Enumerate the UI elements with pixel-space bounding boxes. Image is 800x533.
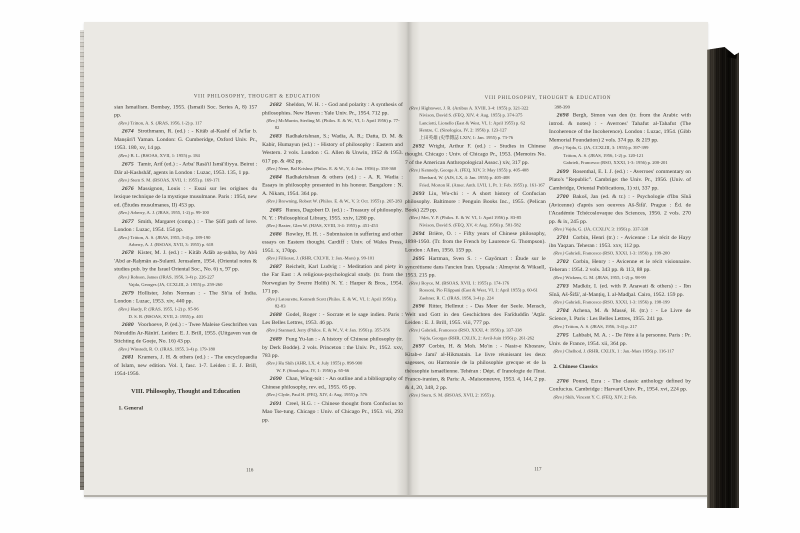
review-tag: (Rev.) xyxy=(553,300,564,305)
entry-number: 2678 xyxy=(122,250,134,256)
review-line: D. S. R. (BSOAS, XVII, 2: 1955) p. 401 xyxy=(128,313,257,320)
left-page-column-1: sian Ismailism. Bombay, 1955. (Ismaili S… xyxy=(114,103,257,467)
bib-entry: 2683Radhakrishnan, S.; Wadia, A. R.; Dat… xyxy=(262,132,403,165)
review-tag: (Rev.) xyxy=(267,297,278,302)
bib-entry: 2706Pound, Ezra : - The classic antholog… xyxy=(549,377,691,394)
entry-number: 2700 xyxy=(557,193,569,199)
review-tag: (Rev.) xyxy=(267,166,278,171)
review-line: Vajda, Georges (RHR, CXLIX, 2: Avril-Jui… xyxy=(419,335,546,342)
review-tag: (Rev.) xyxy=(553,324,564,329)
review-line: (Rev.) Vajda, G. (JA, CCXLIV, 3: 1956) p… xyxy=(553,226,691,233)
review-line: (Rev.) Vajda, G. (JA, CCXLIII, 3: 1955) … xyxy=(553,145,691,152)
entry-number: 2683 xyxy=(270,133,282,139)
review-line: (Rev.) Tritton, A. S. (JRAS, 1956, 3-4) … xyxy=(553,324,691,331)
bib-entry: 2685Runes, Dagobert D. (ed.) : - Treasur… xyxy=(262,206,403,222)
review-tag: (Rev.) xyxy=(409,281,420,286)
entry-number: 2685 xyxy=(270,207,282,213)
bib-entry: 2702Corbin, Henry : - Avicenne et le réc… xyxy=(549,258,691,275)
entry-number: 2698 xyxy=(557,112,569,118)
entry-number: 2697 xyxy=(413,343,425,349)
bib-entry: 2678Kister, M. J. (ed.) : - Kitāb Ādāb a… xyxy=(114,249,257,274)
review-line: (Rev.) Hardy, P. (JRAS, 1955, 1-2) p. 95… xyxy=(119,306,258,313)
review-line: (Rev.) Gabrieli, Francesco (RSO, XXXI, 4… xyxy=(409,327,545,334)
review-line: Arberry, A. J. (BSOAS, XVII, 3: 1955) p.… xyxy=(128,242,257,249)
bib-entry: 2697Corbin, H. & Moh. Mo'in : - Nasir-e … xyxy=(405,342,546,392)
subsection-heading: 1. General xyxy=(119,404,258,411)
review-line: (Rev.) Chelhod, J. (RHR, CXLIX, 1 : Jan.… xyxy=(553,348,691,355)
bib-entry: 2687Reichelt, Karl Ludvig : - Meditation… xyxy=(262,263,403,296)
review-line: Gabrieli, Francesco (RSO, XXXI, 1-3: 195… xyxy=(563,160,691,167)
entry-number: 2681 xyxy=(122,355,134,361)
bib-entry: 2675Tamir, Arif (ed.) : - Arba' Rasā'il … xyxy=(114,160,257,177)
bib-entry: 2700Bakoš, Jan (ed. & tr.) : - Psycholog… xyxy=(549,192,691,225)
review-line: Zaehner, R. C. (JRAS, 1956, 3-4) p. 224 xyxy=(419,295,546,302)
review-line: (Rev.) Hu Shih (AHR, LX, 4: July 1955) p… xyxy=(267,360,403,367)
review-line: Nivison, David S. (FEQ, XV, 4: Aug. 1956… xyxy=(419,222,546,229)
bib-entry: 2699Rosenthal, E. I. J. (ed.) : - Averro… xyxy=(549,167,691,192)
entry-number: 2695 xyxy=(413,256,425,262)
bib-entry: 2694Brière, O. : - Fifty years of Chines… xyxy=(405,229,546,254)
bib-entry: 2695Hartman, Sven S. : - Gayōmart : Étud… xyxy=(405,255,546,280)
review-line: W. F. (Sinologica, IV, 1: 1956) p. 65-66 xyxy=(276,367,402,374)
bib-entry: 2703Madkūr, I. (ed. with P. Anawati & ot… xyxy=(549,282,691,299)
review-line: (Rev.) Hightower, J. R. (Artibus A. XVII… xyxy=(409,105,545,112)
right-page-column-1: (Rev.) Hightower, J. R. (Artibus A. XVII… xyxy=(405,105,546,461)
entry-number: 2674 xyxy=(122,128,134,134)
bib-entry: 2689Fung Yu-lan : - A history of Chinese… xyxy=(262,335,403,360)
review-tag: (Rev.) xyxy=(119,275,130,280)
left-page-column-2: 2682Sheldon, W. H. : - God and polarity … xyxy=(262,101,403,470)
review-line: (Rev.) Kennedy, George A. (FEQ, XIV, 3: … xyxy=(409,167,545,174)
entry-number: 2696 xyxy=(413,303,425,309)
review-line: Tritton, A. S. (JRAS, 1956, 1-2) p. 120-… xyxy=(563,152,691,159)
entry-number: 2692 xyxy=(413,143,425,149)
review-line: (Rev.) Arberry, A. J. (JRAS, 1955, 1-2) … xyxy=(119,210,258,217)
review-tag: (Rev.) xyxy=(119,307,130,312)
entry-number: 2684 xyxy=(270,174,282,180)
review-line: (Rev.) Filliozat, J. (RHR, CXLVII, 1: Ja… xyxy=(267,255,403,262)
review-tag: (Rev.) xyxy=(267,223,278,228)
review-line: Rossoni, Pio Filippani (East & West, VI,… xyxy=(419,287,546,294)
review-line: Hentze, C. (Sinologica, IV, 2: 1956) p. … xyxy=(419,127,546,134)
review-tag: (Rev.) xyxy=(119,153,130,158)
right-page: VIII PHILOSOPHY, THOUGHT & EDUCATION (Re… xyxy=(400,82,708,517)
entry-number: 2704 xyxy=(557,308,569,314)
review-line: (Rev.) Wickens, G. M. (JRAS, 1955, 1-2) … xyxy=(553,275,691,282)
right-page-edges-band xyxy=(707,47,739,508)
entry-number: 2701 xyxy=(557,234,569,240)
left-page: VIII PHILOSOPHY, THOUGHT & EDUCATION sia… xyxy=(96,82,404,517)
entry-number: 2682 xyxy=(270,102,282,108)
entry-number: 2703 xyxy=(557,283,569,289)
bib-entry: 2680Voorhoeve, P. (ed.) : - Twee Maleise… xyxy=(114,321,257,346)
review-line: Fried, Morton H. (Amer. Anth. LVII, 1, P… xyxy=(419,182,546,189)
bib-entry: 2705Lahbabi, M. A. : - De l'être à la pe… xyxy=(549,331,691,348)
review-line: (Rev.) Clyde, Paul H. (FEQ, XIV, 4: Aug.… xyxy=(267,392,403,399)
bib-entry: 2690Chan, Wing-tsit : - An outline and a… xyxy=(262,375,403,392)
review-line: (Rev.) Tritton, A. S. (JRAS, 1955, 3-4) … xyxy=(119,234,258,241)
review-tag: (Rev.) xyxy=(409,393,420,398)
entry-continuation: 398-399 xyxy=(555,104,691,111)
review-tag: (Rev.) xyxy=(267,328,278,333)
review-line: (Rev.) Gabrieli, Francesco (RSO, XXXI, 1… xyxy=(553,299,691,306)
review-tag: (Rev.) xyxy=(267,392,278,397)
bib-entry: 2681Kramers, J. H. & others (ed.) : - Th… xyxy=(114,353,257,378)
entry-number: 2689 xyxy=(270,336,282,342)
review-line: (Rev.) Browning, Robert W. (Philos. E. &… xyxy=(267,198,403,205)
left-page-number: 116 xyxy=(246,467,253,473)
review-tag: (Rev.) xyxy=(119,210,130,215)
review-line: (Rev.) Gabrieli, Francesco (RSO, XXXI, 1… xyxy=(553,250,691,257)
bib-entry: 2688Godel, Roger : - Socrate et le sage … xyxy=(262,310,403,327)
bib-entry: 2704Achena, M. & Massé, H. (tr.) : - Le … xyxy=(549,307,691,324)
review-tag: (Rev.) xyxy=(409,328,420,333)
review-tag: (Rev.) xyxy=(553,145,564,150)
review-line: (Rev.) Stannard, Jerry (Philos. E. & W.,… xyxy=(267,327,403,334)
review-line: (Rev.) Baxter, Glen W. (HJAS, XVIII, 3-4… xyxy=(267,223,403,230)
entry-number: 2705 xyxy=(557,332,569,338)
bib-entry: 2691Creel, H.G. : - Chinese thought from… xyxy=(262,399,403,424)
review-line: (Rev.) Latourette, Kenneth Scott (Philos… xyxy=(267,296,403,310)
bib-entry: 2696Ritter, Hellmut : - Das Meer der See… xyxy=(405,302,546,327)
review-line: (Rev.) B. L. (BSOAS, XVII, 1: 1955) p. 1… xyxy=(119,153,258,160)
review-tag: (Rev.) xyxy=(553,251,564,256)
bib-entry: 2677Smith, Margaret (comp.) : - The Ṣūfī… xyxy=(114,217,257,234)
entry-number: 2676 xyxy=(122,186,134,192)
bib-entry: 2684Radhakrishnan & others (ed.) : - A. … xyxy=(262,173,403,198)
entry-number: 2693 xyxy=(413,190,425,196)
entry-continuation: sian Ismailism. Bombay, 1955. (Ismaili S… xyxy=(114,103,257,120)
review-tag: (Rev.) xyxy=(553,349,564,354)
entry-number: 2677 xyxy=(122,218,134,224)
entry-number: 2694 xyxy=(413,231,425,237)
review-line: (Rev.) McMurrin, Sterling M. (Philos. E.… xyxy=(267,118,403,132)
review-line: (Rev.) Stern, S. M. (BSOAS, XVII, 2: 195… xyxy=(409,392,545,399)
review-tag: (Rev.) xyxy=(409,106,420,111)
review-line: Lanciotti, Lionello (East & West, VI, 1:… xyxy=(419,120,546,127)
entry-number: 2679 xyxy=(122,290,134,296)
review-line: (Rev.) Tritton, A. S. (JRAS, 1956, 1-2) … xyxy=(119,120,258,127)
review-line: (Rev.) Stern S. M. (BSOAS, XVII, 1: 1955… xyxy=(119,177,258,184)
bib-entry: 2686Rowley, H. H. : - Submission in suff… xyxy=(262,230,403,255)
review-line: Eberhard, W. (AJS, LX, 4: Jan. 1955) p. … xyxy=(419,175,546,182)
review-tag: (Rev.) xyxy=(267,256,278,261)
review-line: Nivison, David S. (FEQ, XIV, 4: Aug. 195… xyxy=(419,112,546,119)
review-tag: (Rev.) xyxy=(119,235,130,240)
review-tag: (Rev.) xyxy=(409,215,420,220)
review-tag: (Rev.) xyxy=(553,275,564,280)
entry-number: 2688 xyxy=(270,311,282,317)
review-line: (Rev.) Winstedt, R. O. (JRAS, 1955, 3-4)… xyxy=(119,346,258,353)
review-tag: (Rev.) xyxy=(409,168,420,173)
entry-number: 2699 xyxy=(557,168,569,174)
bib-entry: 2682Sheldon, W. H. : - God and polarity … xyxy=(262,101,403,118)
left-running-head: VIII PHILOSOPHY, THOUGHT & EDUCATION xyxy=(114,93,400,99)
review-line: 上田英雄 (史學雜誌 LXIV, 1: Jan. 1955) p. 73-76 xyxy=(419,135,546,142)
review-tag: (Rev.) xyxy=(267,199,278,204)
scanned-book-spread: VIII PHILOSOPHY, THOUGHT & EDUCATION sia… xyxy=(0,0,800,533)
review-tag: (Rev.) xyxy=(267,361,278,366)
bib-entry: 2676Massignon, Louis : - Essai sur les o… xyxy=(114,184,257,209)
review-line: Vajda, Georges (JA, CCXLIII, 2: 1955) p.… xyxy=(128,282,257,289)
review-tag: (Rev.) xyxy=(119,347,130,352)
review-tag: (Rev.) xyxy=(119,178,130,183)
bib-entry: 2692Wright, Arthur F. (ed.) : - Studies … xyxy=(405,142,546,167)
entry-number: 2690 xyxy=(270,376,282,382)
bib-entry: 2698Bergh, Simon van den (tr. from the A… xyxy=(549,111,691,144)
entry-number: 2675 xyxy=(122,161,134,167)
review-tag: (Rev.) xyxy=(553,394,564,399)
section-heading: VIII. Philosophy, Thought and Education xyxy=(128,388,242,397)
review-line: (Rev.) Boyce, M. (BSOAS, XVII, 1: 1955) … xyxy=(409,280,545,287)
entry-number: 2706 xyxy=(557,378,569,384)
review-tag: (Rev.) xyxy=(553,226,564,231)
right-running-head: VIII PHILOSOPHY, THOUGHT & EDUCATION xyxy=(405,95,691,101)
entry-number: 2687 xyxy=(270,264,282,270)
review-line: (Rev.) Robson, James (JRAS, 1956, 3-4) p… xyxy=(119,274,258,281)
entry-number: 2686 xyxy=(270,231,282,237)
entry-number: 2691 xyxy=(270,400,282,406)
bib-entry: 2701Corbin, Henri (tr.) : - Avicenne : L… xyxy=(549,233,691,250)
review-line: (Rev.) Shih, Vincent Y. C. (FEQ, XIV, 2:… xyxy=(553,394,691,401)
bib-entry: 2674Strothmann, R. (ed.) : - Kitāb al-Ka… xyxy=(114,127,257,152)
open-book-pages: VIII PHILOSOPHY, THOUGHT & EDUCATION sia… xyxy=(84,22,708,497)
review-line: (Rev.) Nene, Bal Krishna (Philos. E. & W… xyxy=(267,165,403,172)
review-tag: (Rev.) xyxy=(267,118,278,123)
right-page-number: 117 xyxy=(534,466,541,472)
bib-entry: 2679Hollister, John Norman : - The Sh'ia… xyxy=(114,289,257,306)
review-tag: (Rev.) xyxy=(119,121,130,126)
subsection-heading: 2. Chinese Classics xyxy=(553,363,691,370)
entry-number: 2680 xyxy=(122,322,134,328)
review-line: (Rev.) Mei, Y. P. (Philos. E. & W. VI, 1… xyxy=(409,215,545,222)
entry-number: 2702 xyxy=(557,259,569,265)
right-page-column-2: 398-3992698Bergh, Simon van den (tr. fro… xyxy=(549,104,691,484)
bib-entry: 2693Liu, Wu-chi : - A short history of C… xyxy=(405,189,546,214)
